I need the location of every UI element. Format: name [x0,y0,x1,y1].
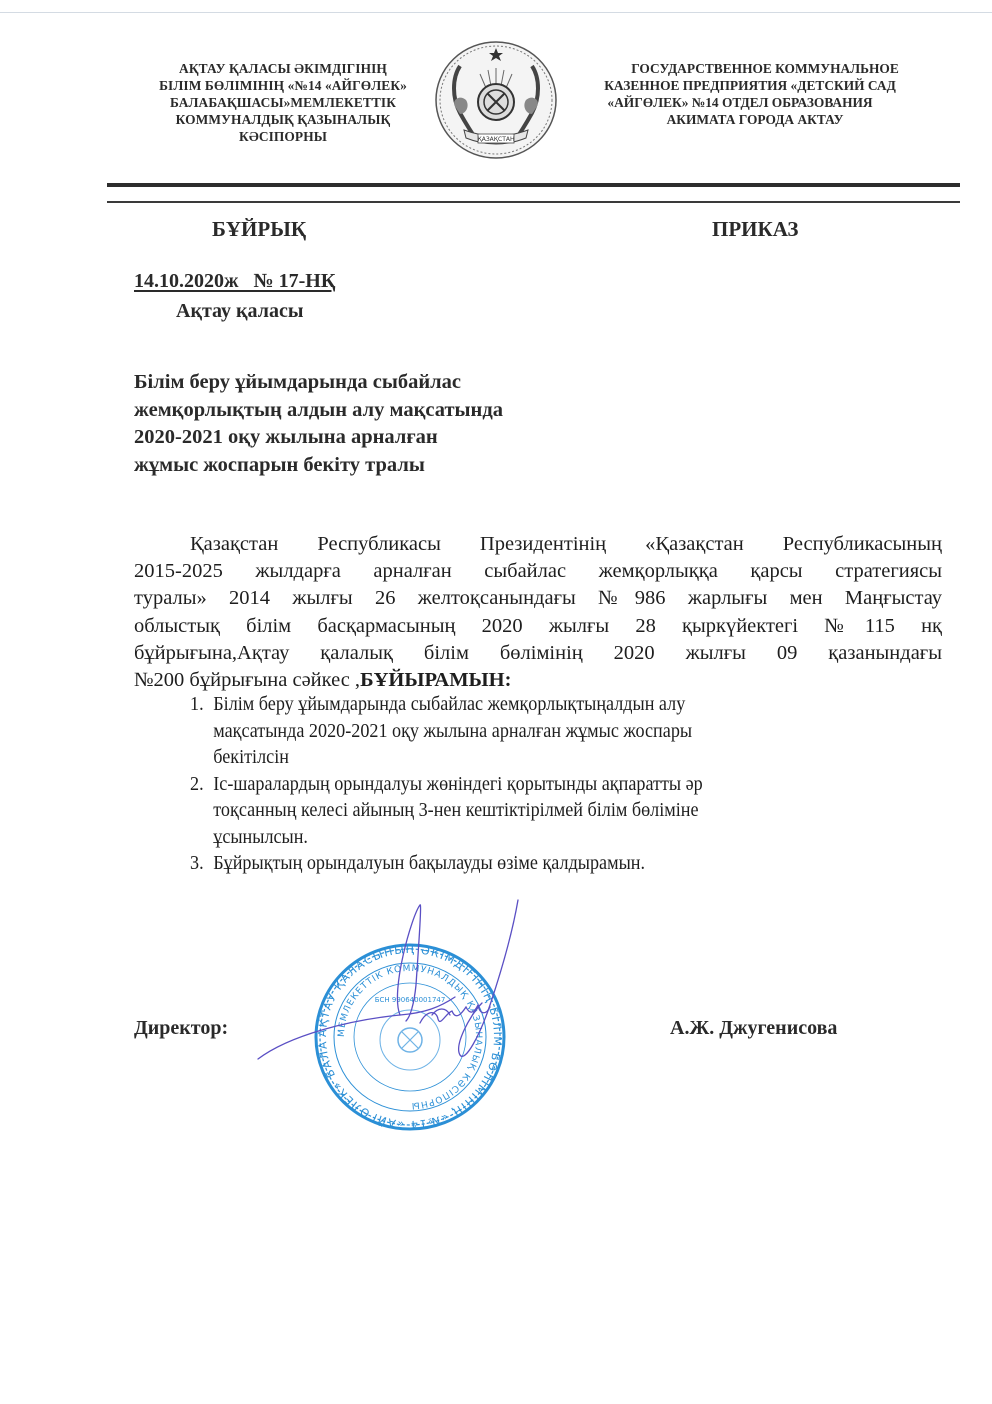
header-line: КАЗЕННОЕ ПРЕДПРИЯТИЯ «ДЕТСКИЙ САД [580,77,920,94]
item-number: 2. [190,772,213,799]
svg-text:ҚАЗАҚСТАН: ҚАЗАҚСТАН [477,136,514,143]
subject-line: жемқорлықтың алдын алу мақсатында [134,397,503,425]
header-line: БІЛІМ БӨЛІМІНІҢ «№14 «АЙГӨЛЕК» [128,77,438,94]
signer-name: А.Ж. Джугенисова [670,1017,837,1040]
header-line: «АЙГӨЛЕК» №14 ОТДЕЛ ОБРАЗОВАНИЯ [560,94,920,111]
preamble-last-line: №200 бұйрығына сәйкес ,БҰЙЫРАМЫН: [134,667,942,694]
order-items-list: 1.Білім беру ұйымдарында сыбайлас жемқор… [190,692,703,878]
header-line: АКИМАТА ГОРОДА АКТАУ [580,111,920,128]
document-title-kazakh: БҰЙРЫҚ [212,217,306,242]
item-text: Іс-шаралардың орындалуы жөніндегі қорыты… [213,774,702,795]
item-text: тоқсанның келесі айының 3-нен кештіктірі… [190,798,703,825]
header-line: ГОСУДАРСТВЕННОЕ КОММУНАЛЬНОЕ [580,60,920,77]
item-text: Бұйрықтың орындалуын бақылауды өзіме қал… [213,853,645,874]
order-item-3: 3.Бұйрықтың орындалуын бақылауды өзіме қ… [190,851,703,878]
order-subject: Білім беру ұйымдарында сыбайлас жемқорлы… [134,369,503,479]
subject-line: Білім беру ұйымдарында сыбайлас [134,369,503,397]
preamble-line: бұйрығына,Ақтау қалалық білім бөлімінің … [134,640,942,667]
item-text: бекітілсін [190,745,703,772]
preamble-line: туралы» 2014 жылғы 26 желтоқсанындағы №9… [134,585,942,612]
order-city: Ақтау қаласы [176,300,303,323]
item-text: мақсатында 2020-2021 оқу жылына арналған… [190,719,703,746]
item-number: 1. [190,692,213,719]
header-org-russian: ГОСУДАРСТВЕННОЕ КОММУНАЛЬНОЕ КАЗЕННОЕ ПР… [580,60,920,128]
order-item-2: 2.Іс-шаралардың орындалуы жөніндегі қоры… [190,772,703,852]
scan-edge-line [0,12,992,13]
preamble-line: облыстық білім басқармасының 2020 жылғы … [134,613,942,640]
preamble-line: №200 бұйрығына сәйкес , [134,669,360,691]
subject-line: жұмыс жоспарын бекіту тралы [134,452,503,480]
header-divider-thick [107,183,960,187]
preamble-line: 2015-2025 жылдарға арналған сыбайлас жем… [134,558,942,585]
header-line: БАЛАБАҚШАСЫ»МЕМЛЕКЕТТІК [128,94,438,111]
order-item-1: 1.Білім беру ұйымдарында сыбайлас жемқор… [190,692,703,772]
item-text: ұсынылсын. [190,825,703,852]
order-keyword: БҰЙЫРАМЫН: [360,669,511,691]
signer-role: Директор: [134,1017,228,1040]
handwritten-signature-icon [250,895,540,1075]
header-line: КӘСІПОРНЫ [128,128,438,145]
header-line: АҚТАУ ҚАЛАСЫ ӘКІМДІГІНІҢ [128,60,438,77]
item-number: 3. [190,851,213,878]
state-emblem-icon: ҚАЗАҚСТАН [430,38,562,162]
subject-line: 2020-2021 оқу жылына арналған [134,424,503,452]
order-preamble: Қазақстан Республикасы Президентінің «Қа… [134,531,942,694]
preamble-line: Қазақстан Республикасы Президентінің «Қа… [134,531,942,558]
document-title-russian: ПРИКАЗ [712,217,798,242]
item-text: Білім беру ұйымдарында сыбайлас жемқорлы… [213,694,685,715]
header-line: КОММУНАЛДЫҚ ҚАЗЫНАЛЫҚ [128,111,438,128]
header-divider-thin [107,201,960,203]
order-date-number: 14.10.2020ж № 17-НҚ [134,270,335,293]
header-org-kazakh: АҚТАУ ҚАЛАСЫ ӘКІМДІГІНІҢ БІЛІМ БӨЛІМІНІҢ… [128,60,438,145]
